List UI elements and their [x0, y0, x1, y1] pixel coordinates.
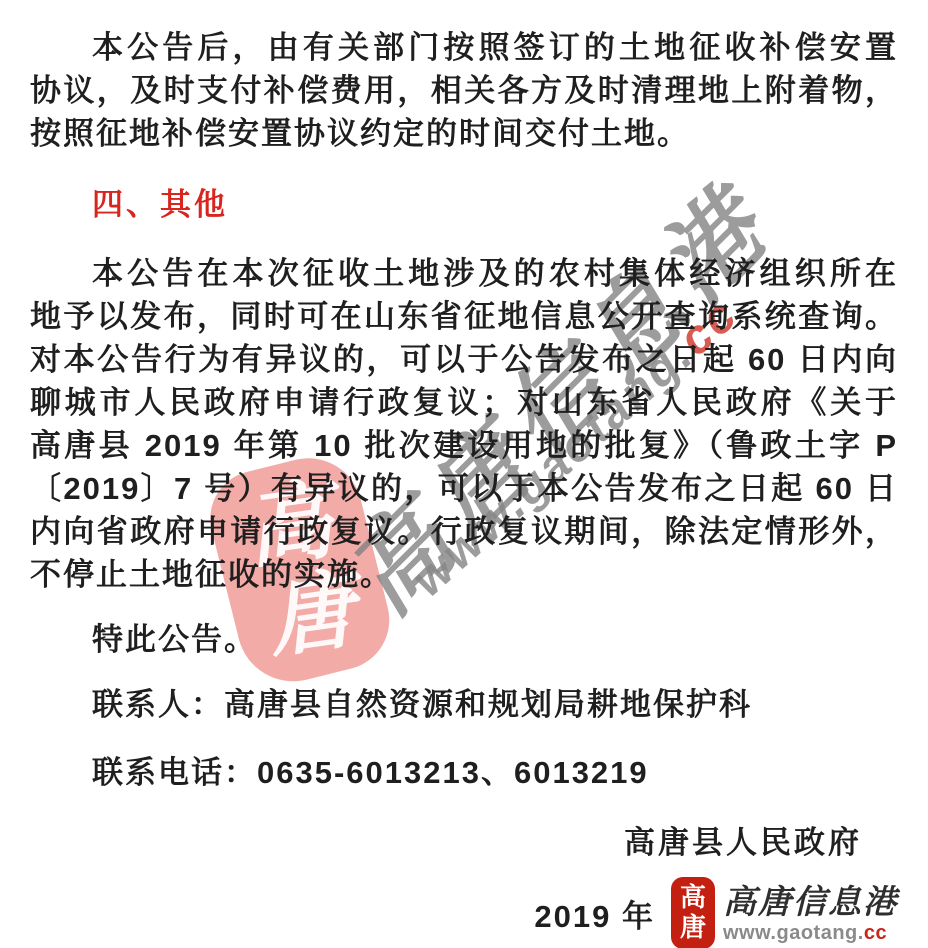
footer-seal-icon: 高 唐: [671, 877, 715, 948]
para2-line3: 对本公告行为有异议的，可以于公告发布之日起 60 日内向: [30, 338, 898, 381]
para2-line5: 高唐县 2019 年第 10 批次建设用地的批复》（鲁政土字 P: [30, 424, 898, 467]
footer-url-prefix: www.gaotang.: [723, 922, 864, 944]
footer-logo-text: 高唐信息港 www.gaotang.cc: [723, 882, 898, 944]
document-body: 本公告后，由有关部门按照签订的土地征收补偿安置 协议，及时支付补偿费用，相关各方…: [0, 0, 928, 948]
para2-line4: 聊城市人民政府申请行政复议；对山东省人民政府《关于: [30, 381, 898, 424]
gaotang-logo-stamp: 高 唐 高唐信息港 www.gaotang.cc: [671, 877, 898, 948]
footer-calligraphy: 高唐信息港: [723, 882, 898, 922]
para2-line2: 地予以发布，同时可在山东省征地信息公开查询系统查询。: [30, 295, 898, 338]
contact-person-line: 联系人：高唐县自然资源和规划局耕地保护科: [30, 683, 898, 726]
para2-line6: 〔2019〕7 号）有异议的，可以于本公告发布之日起 60 日: [30, 467, 898, 510]
issuer-signature: 高唐县人民政府: [30, 821, 898, 864]
footer-seal-char-bottom: 唐: [680, 913, 706, 943]
announcement-document: 高 唐 高唐信息港 www.gaotang.cc 本公告后，由有关部门按照签订的…: [0, 0, 928, 948]
para1-line1: 本公告后，由有关部门按照签订的土地征收补偿安置: [30, 26, 898, 69]
para1-line3: 按照征地补偿安置协议约定的时间交付土地。: [30, 112, 898, 155]
footer-seal-char-top: 高: [680, 883, 706, 913]
closing-statement: 特此公告。: [30, 618, 898, 661]
section-heading: 四、其他: [30, 183, 898, 226]
contact-phone-line: 联系电话：0635-6013213、6013219: [30, 751, 898, 794]
footer-url-suffix: cc: [864, 922, 887, 944]
para1-line2: 协议，及时支付补偿费用，相关各方及时清理地上附着物，: [30, 69, 898, 112]
para2-line1: 本公告在本次征收土地涉及的农村集体经济组织所在: [30, 252, 898, 295]
footer-url: www.gaotang.cc: [723, 922, 898, 944]
para2-line7: 内向省政府申请行政复议。行政复议期间，除法定情形外，: [30, 510, 898, 553]
date-row: 2019 年 高 唐 高唐信息港 www.gaotang.cc: [30, 876, 898, 948]
date-text: 2019 年: [534, 891, 655, 936]
para2-line8: 不停止土地征收的实施。: [30, 553, 898, 596]
